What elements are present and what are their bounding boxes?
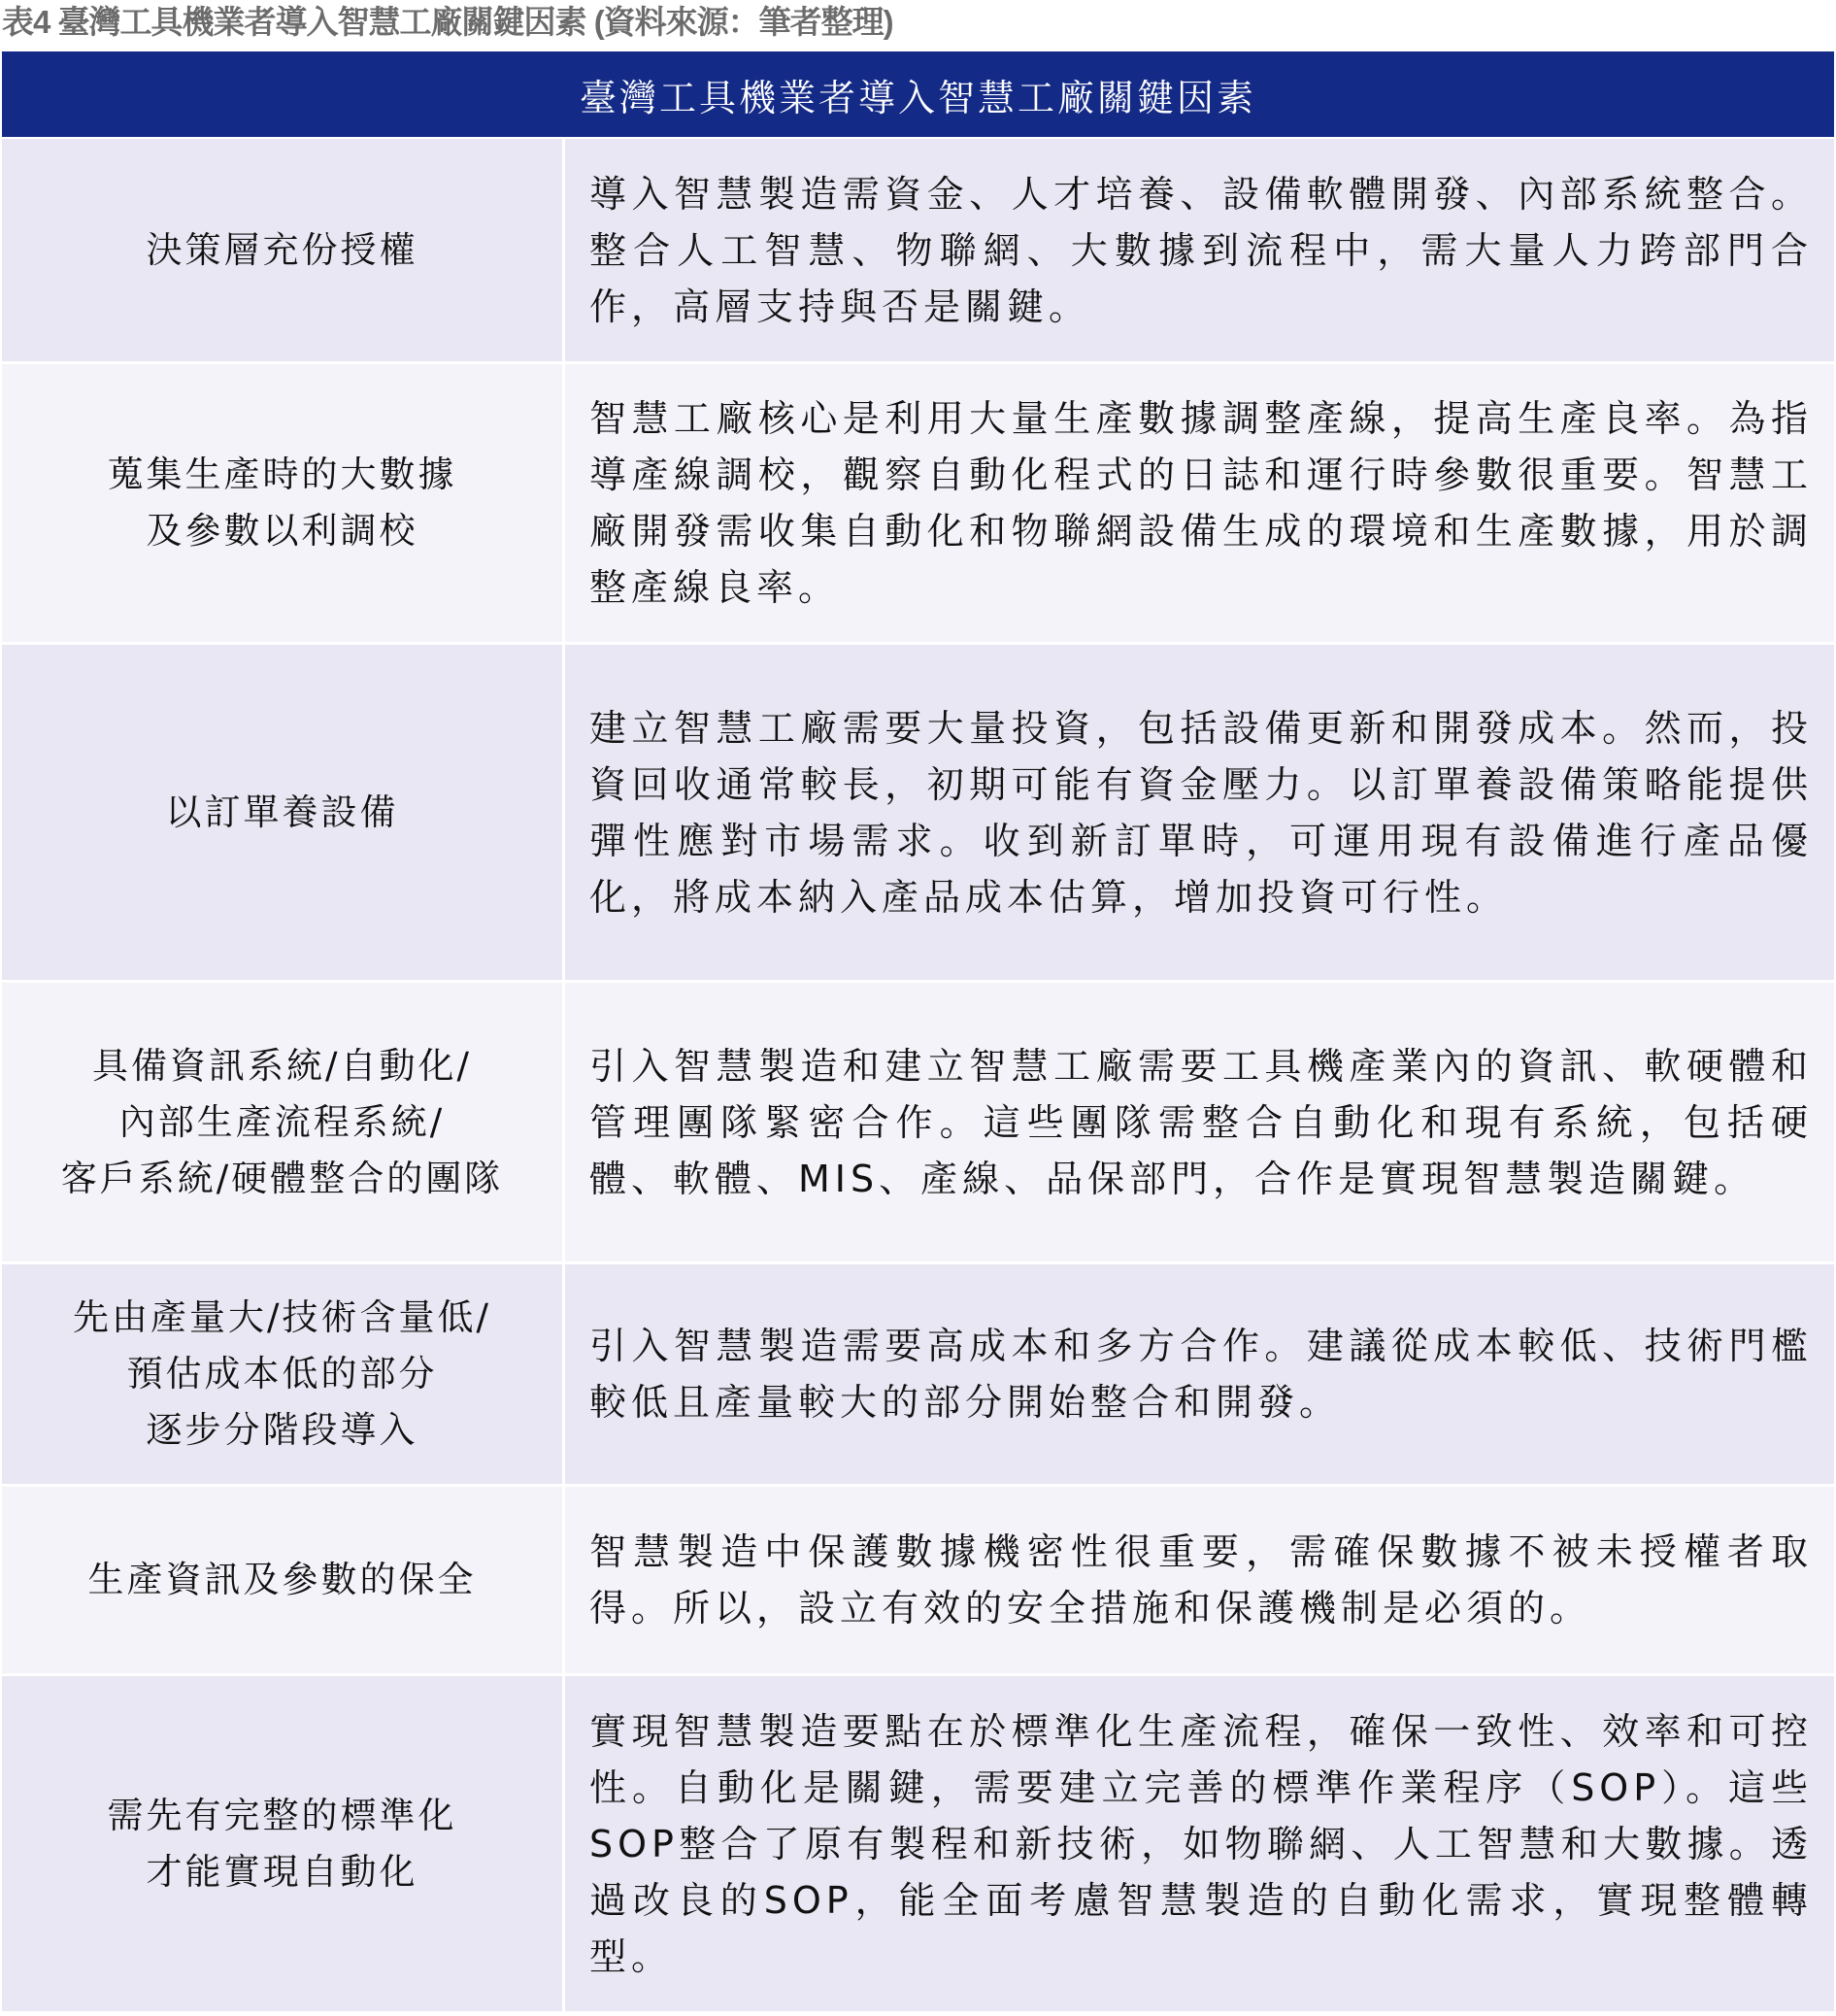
- factor-cell: 決策層充份授權: [2, 139, 565, 361]
- factor-cell: 生產資訊及參數的保全: [2, 1487, 565, 1673]
- description-text: 實現智慧製造要點在於標準化生產流程，確保一致性、效率和可控性。自動化是關鍵，需要…: [589, 1703, 1813, 1985]
- description-cell: 智慧工廠核心是利用大量生產數據調整產線，提高生產良率。為指導產線調校，觀察自動化…: [565, 364, 1834, 642]
- description-cell: 導入智慧製造需資金、人才培養、設備軟體開發、內部系統整合。整合人工智慧、物聯網、…: [565, 139, 1834, 361]
- table-caption: 表4 臺灣工具機業者導入智慧工廠關鍵因素 (資料來源：筆者整理): [2, 0, 893, 49]
- table-row: 蒐集生產時的大數據 及參數以利調校 智慧工廠核心是利用大量生產數據調整產線，提高…: [2, 364, 1834, 645]
- description-cell: 引入智慧製造需要高成本和多方合作。建議從成本較低、技術門檻較低且產量較大的部分開…: [565, 1264, 1834, 1484]
- factor-cell: 蒐集生產時的大數據 及參數以利調校: [2, 364, 565, 642]
- description-cell: 建立智慧工廠需要大量投資，包括設備更新和開發成本。然而，投資回收通常較長，初期可…: [565, 645, 1834, 980]
- description-text: 智慧製造中保護數據機密性很重要，需確保數據不被未授權者取得。所以，設立有效的安全…: [589, 1524, 1813, 1636]
- factor-cell: 需先有完整的標準化 才能實現自動化: [2, 1676, 565, 2011]
- description-cell: 智慧製造中保護數據機密性很重要，需確保數據不被未授權者取得。所以，設立有效的安全…: [565, 1487, 1834, 1673]
- table-row: 需先有完整的標準化 才能實現自動化 實現智慧製造要點在於標準化生產流程，確保一致…: [2, 1676, 1834, 2014]
- key-factors-table: 臺灣工具機業者導入智慧工廠關鍵因素 決策層充份授權 導入智慧製造需資金、人才培養…: [2, 51, 1834, 2014]
- description-text: 智慧工廠核心是利用大量生產數據調整產線，提高生產良率。為指導產線調校，觀察自動化…: [589, 390, 1813, 616]
- description-cell: 引入智慧製造和建立智慧工廠需要工具機產業內的資訊、軟硬體和管理團隊緊密合作。這些…: [565, 983, 1834, 1261]
- description-cell: 實現智慧製造要點在於標準化生產流程，確保一致性、效率和可控性。自動化是關鍵，需要…: [565, 1676, 1834, 2011]
- table-row: 決策層充份授權 導入智慧製造需資金、人才培養、設備軟體開發、內部系統整合。整合人…: [2, 139, 1834, 364]
- description-text: 引入智慧製造和建立智慧工廠需要工具機產業內的資訊、軟硬體和管理團隊緊密合作。這些…: [589, 1038, 1813, 1207]
- factor-cell: 具備資訊系統/自動化/ 內部生產流程系統/ 客戶系統/硬體整合的團隊: [2, 983, 565, 1261]
- table-row: 生產資訊及參數的保全 智慧製造中保護數據機密性很重要，需確保數據不被未授權者取得…: [2, 1487, 1834, 1676]
- table-row: 以訂單養設備 建立智慧工廠需要大量投資，包括設備更新和開發成本。然而，投資回收通…: [2, 645, 1834, 983]
- table-row: 具備資訊系統/自動化/ 內部生產流程系統/ 客戶系統/硬體整合的團隊 引入智慧製…: [2, 983, 1834, 1264]
- table-row: 先由產量大/技術含量低/ 預估成本低的部分 逐步分階段導入 引入智慧製造需要高成…: [2, 1264, 1834, 1487]
- description-text: 引入智慧製造需要高成本和多方合作。建議從成本較低、技術門檻較低且產量較大的部分開…: [589, 1318, 1813, 1430]
- table-header: 臺灣工具機業者導入智慧工廠關鍵因素: [2, 51, 1834, 139]
- factor-cell: 先由產量大/技術含量低/ 預估成本低的部分 逐步分階段導入: [2, 1264, 565, 1484]
- factor-cell: 以訂單養設備: [2, 645, 565, 980]
- description-text: 導入智慧製造需資金、人才培養、設備軟體開發、內部系統整合。整合人工智慧、物聯網、…: [589, 166, 1813, 335]
- description-text: 建立智慧工廠需要大量投資，包括設備更新和開發成本。然而，投資回收通常較長，初期可…: [589, 700, 1813, 925]
